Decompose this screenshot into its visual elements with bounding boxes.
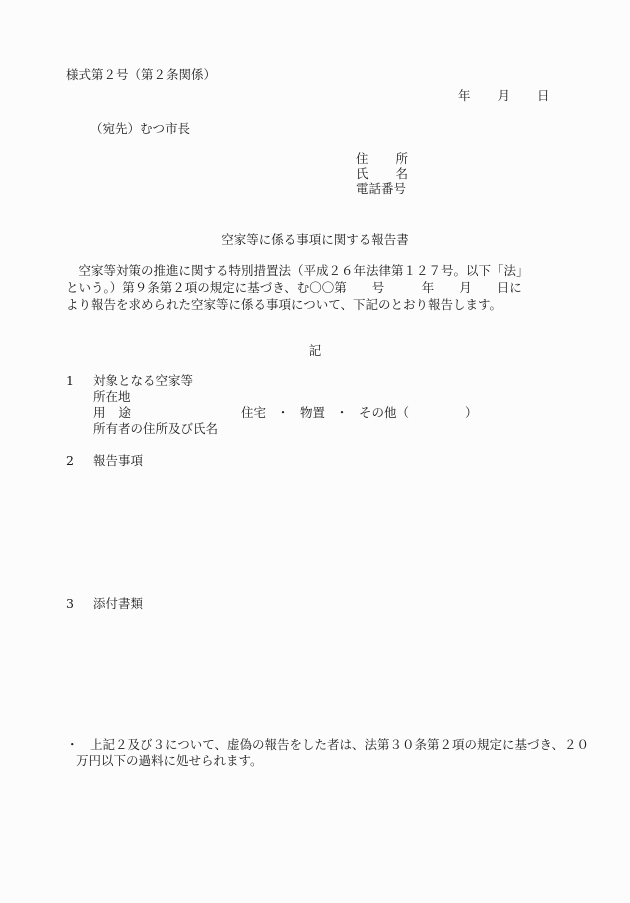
usage-label-part-b: 途	[119, 405, 132, 420]
usage-option-house[interactable]: 住宅	[241, 405, 266, 421]
applicant-phone-label: 電話番号	[356, 181, 408, 196]
address-label-part-b: 所	[396, 151, 409, 166]
body-line: より報告を求められた空家等に係る事項について、下記のとおり報告します。	[66, 296, 566, 313]
bullet-icon: ・	[66, 737, 90, 753]
body-line: という。）第９条第２項の規定に基づき、む〇〇第 号 年 月 日に	[66, 279, 566, 296]
applicant-address-label: 住所	[356, 151, 408, 166]
penalty-note: ・上記２及び３について、虚偽の報告をした者は、法第３０条第２項の規定に基づき、２…	[66, 737, 589, 769]
section-attachments: 3添付書類	[66, 596, 143, 612]
section-title: 添付書類	[93, 596, 143, 611]
document-title: 空家等に係る事項に関する報告書	[0, 232, 630, 248]
ki-heading: 記	[0, 343, 630, 359]
section-number: 2	[66, 453, 93, 469]
section-report-items: 2報告事項	[66, 453, 143, 469]
usage-option-storage[interactable]: 物置	[300, 405, 325, 421]
location-label: 所在地	[93, 389, 131, 404]
section-heading: 1対象となる空家等	[66, 373, 478, 389]
usage-row: 用途住宅・物置・その他（）	[66, 405, 478, 421]
date-year-label: 年	[458, 88, 471, 104]
date-month-label: 月	[498, 88, 511, 104]
applicant-name-label: 氏名	[356, 166, 408, 181]
applicant-block: 住所 氏名 電話番号	[356, 151, 408, 196]
name-label-part-a: 氏	[356, 166, 369, 181]
name-label-part-b: 名	[396, 166, 409, 181]
usage-separator: ・	[325, 405, 359, 421]
date-day-label: 日	[537, 88, 550, 104]
section-number: 3	[66, 596, 93, 612]
body-paragraph: 空家等対策の推進に関する特別措置法（平成２６年法律第１２７号。以下「法」 という…	[66, 262, 566, 313]
section-target-property: 1対象となる空家等 所在地 用途住宅・物置・その他（） 所有者の住所及び氏名	[66, 373, 478, 437]
usage-option-other[interactable]: その他（	[359, 405, 409, 421]
note-text-1: 上記２及び３について、虚偽の報告をした者は、法第３０条第２項の規定に基づき、２０	[90, 737, 589, 752]
address-label-part-a: 住	[356, 151, 369, 166]
usage-label-part-a: 用	[93, 405, 106, 420]
location-row: 所在地	[66, 389, 478, 405]
section-title: 対象となる空家等	[93, 373, 193, 388]
owner-row: 所有者の住所及び氏名	[66, 421, 478, 437]
note-line-1: ・上記２及び３について、虚偽の報告をした者は、法第３０条第２項の規定に基づき、２…	[66, 737, 589, 753]
usage-close-paren: ）	[465, 405, 478, 420]
owner-label: 所有者の住所及び氏名	[93, 421, 218, 436]
section-number: 1	[66, 373, 93, 389]
date-line: 年月日	[458, 88, 550, 104]
usage-label: 用途	[93, 405, 241, 421]
note-line-2: 万円以下の過料に処せられます。	[66, 753, 589, 769]
body-line: 空家等対策の推進に関する特別措置法（平成２６年法律第１２７号。以下「法」	[66, 262, 566, 279]
usage-separator: ・	[266, 405, 300, 421]
addressee: （宛先）むつ市長	[90, 121, 190, 137]
form-number: 様式第２号（第２条関係）	[66, 67, 216, 83]
section-title: 報告事項	[93, 453, 143, 468]
